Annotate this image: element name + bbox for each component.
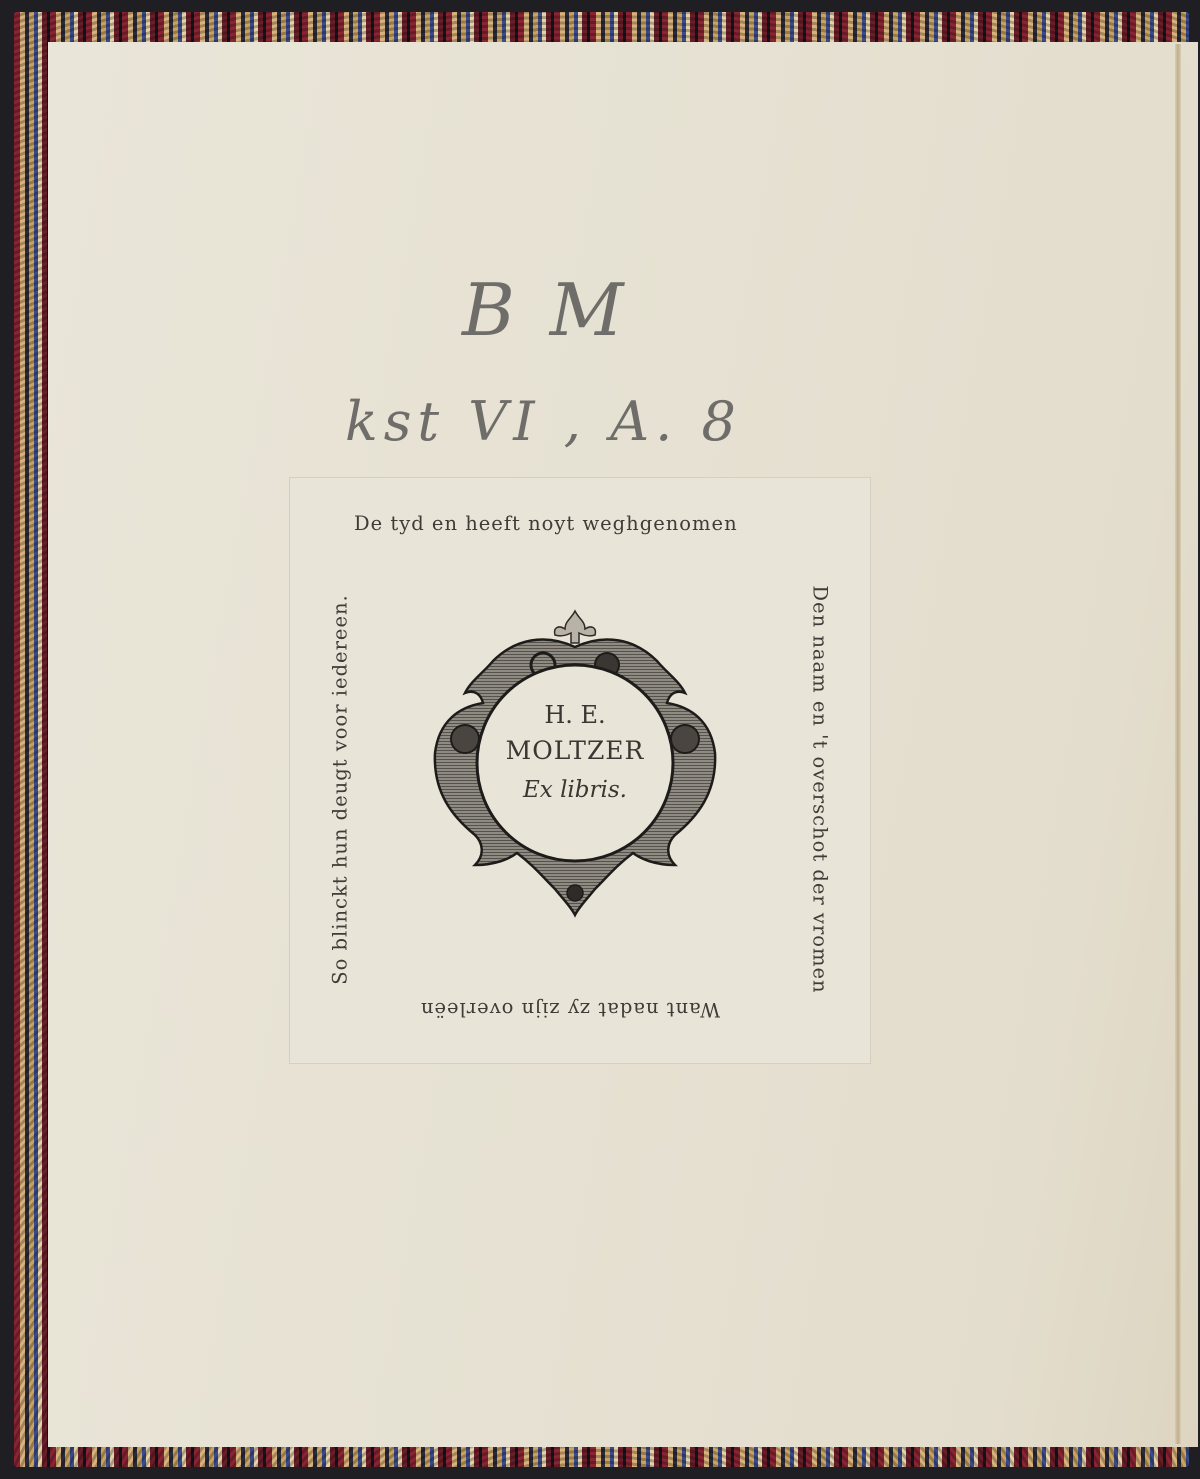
pencil-note-line1: B M	[462, 268, 630, 352]
cartouche-crest: H. E. MOLTZER Ex libris.	[425, 603, 725, 923]
bookplate-initials: H. E.	[425, 701, 725, 729]
ex-libris-bookplate: De tyd en heeft noyt weghgenomen Den naa…	[290, 478, 870, 1063]
verse-left: So blinckt hun deugt voor iedereen.	[329, 570, 352, 1010]
verse-right: Den naam en 't overschot der vromen	[809, 570, 832, 1010]
hinge-fold	[1175, 44, 1181, 1444]
pencil-note-line2: kst VI , A. 8	[345, 390, 742, 453]
verse-top: De tyd en heeft noyt weghgenomen	[354, 512, 738, 535]
bookplate-motto: Ex libris.	[425, 777, 725, 803]
bookplate-surname: MOLTZER	[425, 736, 725, 765]
verse-bottom: Want nadat zy zijn overleën	[370, 998, 770, 1021]
